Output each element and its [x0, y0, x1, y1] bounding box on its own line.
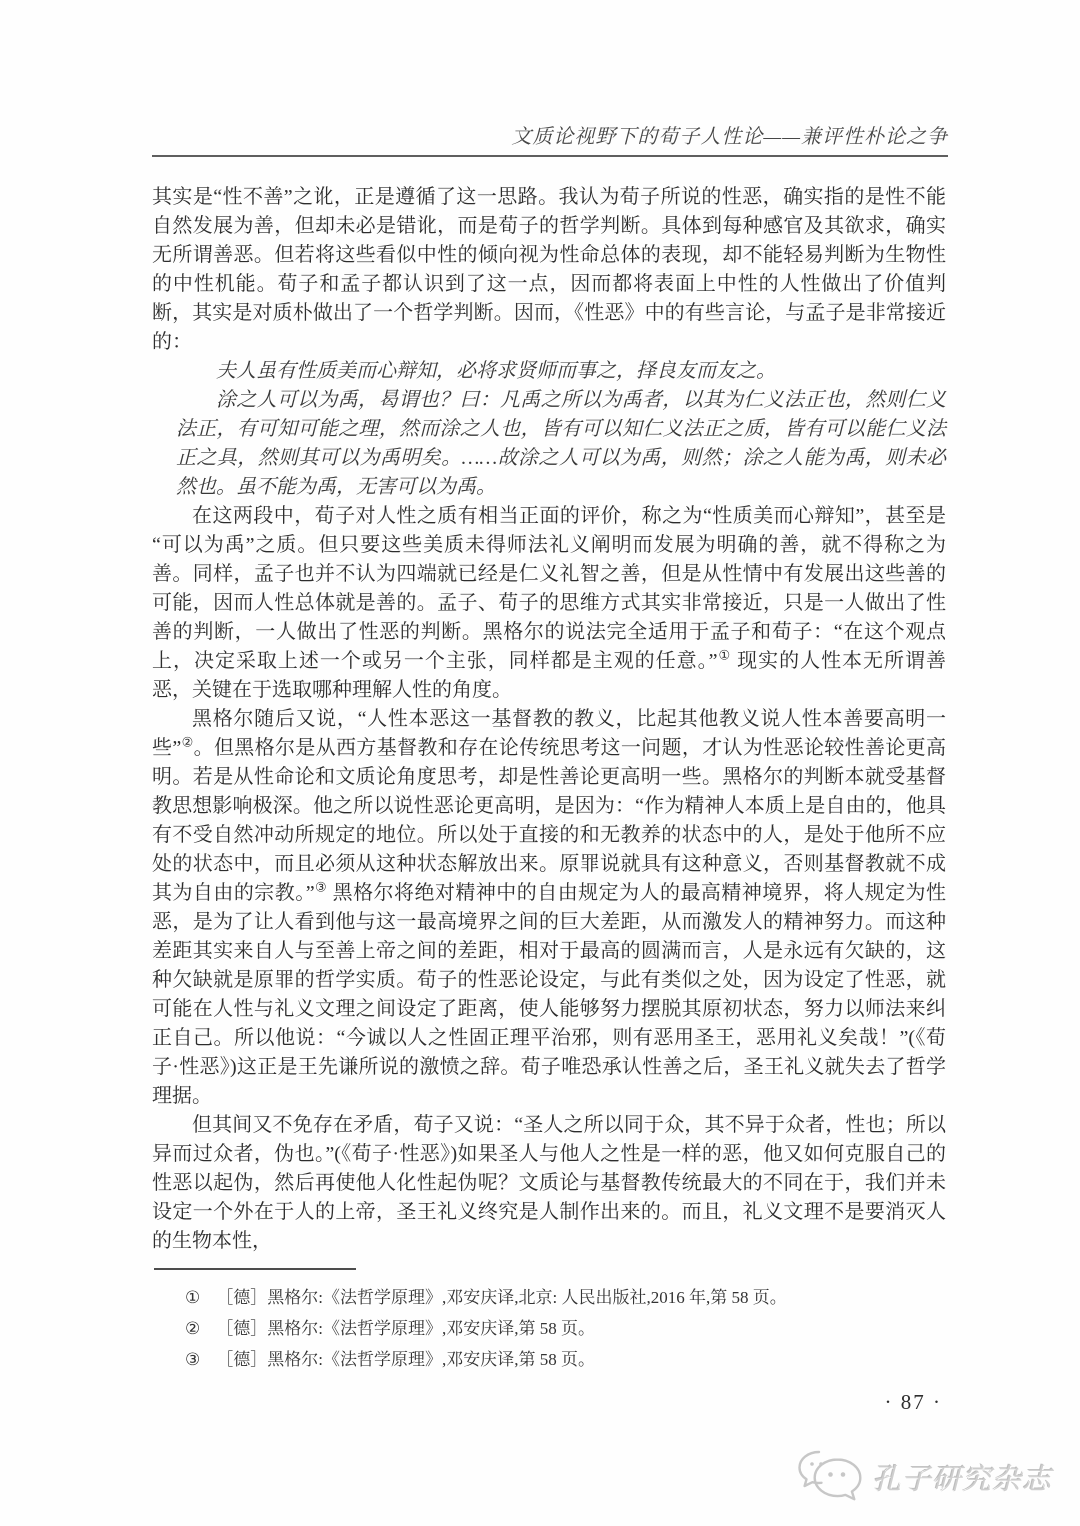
- wechat-logo-icon: [792, 1446, 866, 1508]
- paragraph: 在这两段中，荀子对人性之质有相当正面的评价，称之为“性质美而心辩知”，甚至是“可…: [152, 502, 946, 705]
- paragraph-continuation: 其实是“性不善”之讹，正是遵循了这一思路。我认为荀子所说的性恶，确实指的是性不能…: [152, 183, 946, 357]
- footnote-divider: [154, 1268, 356, 1270]
- footnotes-section: ① ［德］黑格尔:《法哲学原理》,邓安庆译,北京: 人民出版社,2016 年,第…: [152, 1268, 946, 1375]
- footnote-text: ［德］黑格尔:《法哲学原理》,邓安庆译,第 58 页。: [216, 1313, 946, 1344]
- journal-page: 文质论视野下的荀子人性论——兼评性朴论之争 其实是“性不善”之讹，正是遵循了这一…: [0, 0, 1080, 1526]
- footnote: ② ［德］黑格尔:《法哲学原理》,邓安庆译,第 58 页。: [152, 1313, 946, 1344]
- footnote-text: ［德］黑格尔:《法哲学原理》,邓安庆译,第 58 页。: [216, 1344, 946, 1375]
- footnote: ③ ［德］黑格尔:《法哲学原理》,邓安庆译,第 58 页。: [152, 1344, 946, 1375]
- footnote-marker: ③: [185, 1344, 200, 1375]
- block-quote: 夫人虽有性质美而心辩知，必将求贤师而事之，择良友而友之。 涂之人可以为禹，曷谓也…: [176, 357, 946, 502]
- paragraph: 黑格尔随后又说，“人性本恶这一基督教的教义，比起其他教义说人性本善要高明一些”②…: [152, 705, 946, 1111]
- quote-paragraph: 涂之人可以为禹，曷谓也？曰：凡禹之所以为禹者，以其为仁义法正也，然则仁义法正，有…: [176, 386, 946, 502]
- footnote: ① ［德］黑格尔:《法哲学原理》,邓安庆译,北京: 人民出版社,2016 年,第…: [152, 1282, 946, 1313]
- quote-paragraph: 夫人虽有性质美而心辩知，必将求贤师而事之，择良友而友之。: [176, 357, 946, 386]
- watermark-text: 孔子研究杂志: [872, 1457, 1052, 1498]
- footnote-marker: ②: [185, 1313, 200, 1344]
- paragraph: 但其间又不免存在矛盾，荀子又说：“圣人之所以同于众，其不异于众者，性也；所以异而…: [152, 1111, 946, 1256]
- footnote-text: ［德］黑格尔:《法哲学原理》,邓安庆译,北京: 人民出版社,2016 年,第 5…: [216, 1282, 946, 1313]
- article-body: 其实是“性不善”之讹，正是遵循了这一思路。我认为荀子所说的性恶，确实指的是性不能…: [152, 183, 946, 1256]
- page-number: · 87 ·: [885, 1390, 943, 1415]
- running-title: 文质论视野下的荀子人性论——兼评性朴论之争: [152, 120, 948, 157]
- page-header: 文质论视野下的荀子人性论——兼评性朴论之争: [152, 120, 948, 157]
- journal-watermark: 孔子研究杂志: [792, 1446, 1052, 1508]
- footnote-marker: ①: [185, 1282, 200, 1313]
